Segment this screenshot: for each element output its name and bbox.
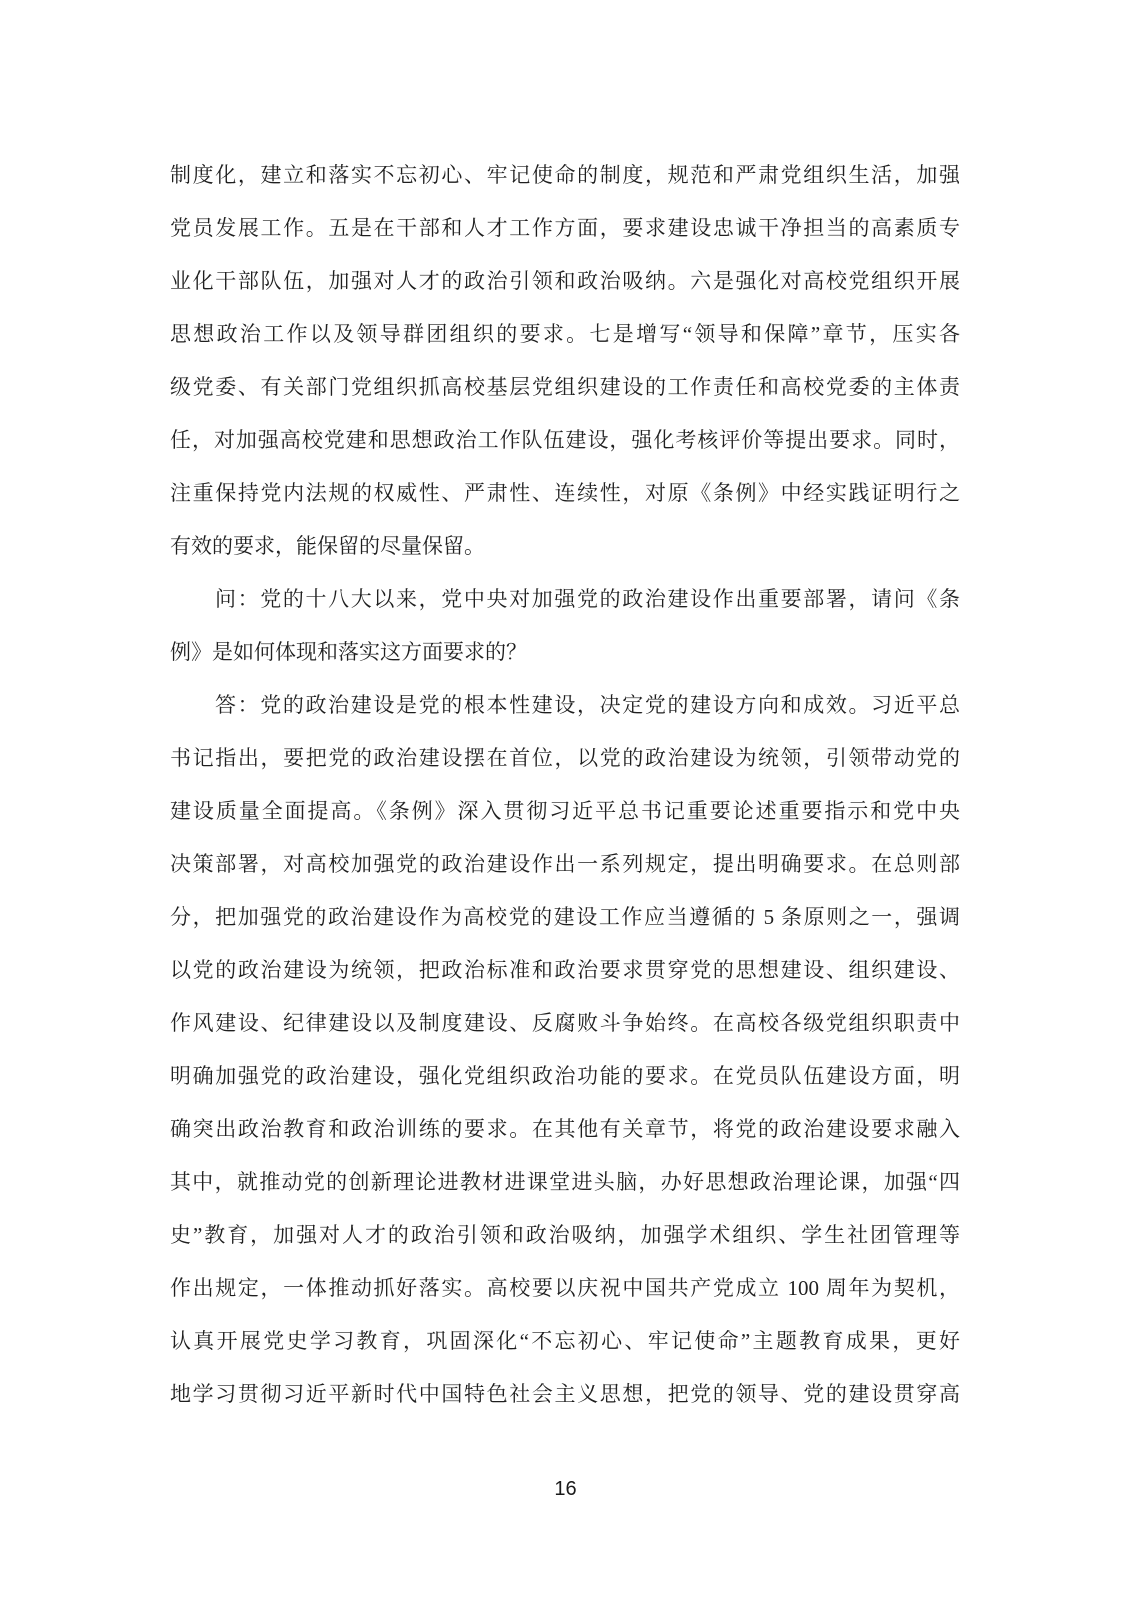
text-line: 作风建设、纪律建设以及制度建设、反腐败斗争始终。在高校各级党组织职责中	[170, 997, 960, 1050]
text-line: 制度化，建立和落实不忘初心、牢记使命的制度，规范和严肃党组织生活，加强	[170, 149, 960, 202]
text-line: 确突出政治教育和政治训练的要求。在其他有关章节，将党的政治建设要求融入	[170, 1103, 960, 1156]
text-line: 答：党的政治建设是党的根本性建设，决定党的建设方向和成效。习近平总	[170, 679, 960, 732]
text-line: 思想政治工作以及领导群团组织的要求。七是增写“领导和保障”章节，压实各	[170, 308, 960, 361]
text-line: 认真开展党史学习教育，巩固深化“不忘初心、牢记使命”主题教育成果，更好	[170, 1315, 960, 1368]
text-line: 其中，就推动党的创新理论进教材进课堂进头脑，办好思想政治理论课，加强“四	[170, 1156, 960, 1209]
text-line: 书记指出，要把党的政治建设摆在首位，以党的政治建设为统领，引领带动党的	[170, 732, 960, 785]
text-body: 制度化，建立和落实不忘初心、牢记使命的制度，规范和严肃党组织生活，加强党员发展工…	[170, 149, 960, 1421]
text-line: 以党的政治建设为统领，把政治标准和政治要求贯穿党的思想建设、组织建设、	[170, 944, 960, 997]
text-line: 任，对加强高校党建和思想政治工作队伍建设，强化考核评价等提出要求。同时，	[170, 414, 960, 467]
text-line: 有效的要求，能保留的尽量保留。	[170, 520, 960, 573]
text-line: 注重保持党内法规的权威性、严肃性、连续性，对原《条例》中经实践证明行之	[170, 467, 960, 520]
text-line: 问：党的十八大以来，党中央对加强党的政治建设作出重要部署，请问《条	[170, 573, 960, 626]
text-line: 例》是如何体现和落实这方面要求的？	[170, 626, 960, 679]
document-page: 制度化，建立和落实不忘初心、牢记使命的制度，规范和严肃党组织生活，加强党员发展工…	[0, 0, 1131, 1600]
text-line: 作出规定，一体推动抓好落实。高校要以庆祝中国共产党成立 100 周年为契机，	[170, 1262, 960, 1315]
text-line: 分，把加强党的政治建设作为高校党的建设工作应当遵循的 5 条原则之一，强调	[170, 891, 960, 944]
text-line: 级党委、有关部门党组织抓高校基层党组织建设的工作责任和高校党委的主体责	[170, 361, 960, 414]
text-line: 党员发展工作。五是在干部和人才工作方面，要求建设忠诚干净担当的高素质专	[170, 202, 960, 255]
text-line: 史”教育，加强对人才的政治引领和政治吸纳，加强学术组织、学生社团管理等	[170, 1209, 960, 1262]
text-line: 建设质量全面提高。《条例》深入贯彻习近平总书记重要论述重要指示和党中央	[170, 785, 960, 838]
page-number: 16	[0, 1478, 1131, 1501]
text-line: 业化干部队伍，加强对人才的政治引领和政治吸纳。六是强化对高校党组织开展	[170, 255, 960, 308]
text-line: 决策部署，对高校加强党的政治建设作出一系列规定，提出明确要求。在总则部	[170, 838, 960, 891]
text-line: 明确加强党的政治建设，强化党组织政治功能的要求。在党员队伍建设方面，明	[170, 1050, 960, 1103]
text-line: 地学习贯彻习近平新时代中国特色社会主义思想，把党的领导、党的建设贯穿高	[170, 1368, 960, 1421]
